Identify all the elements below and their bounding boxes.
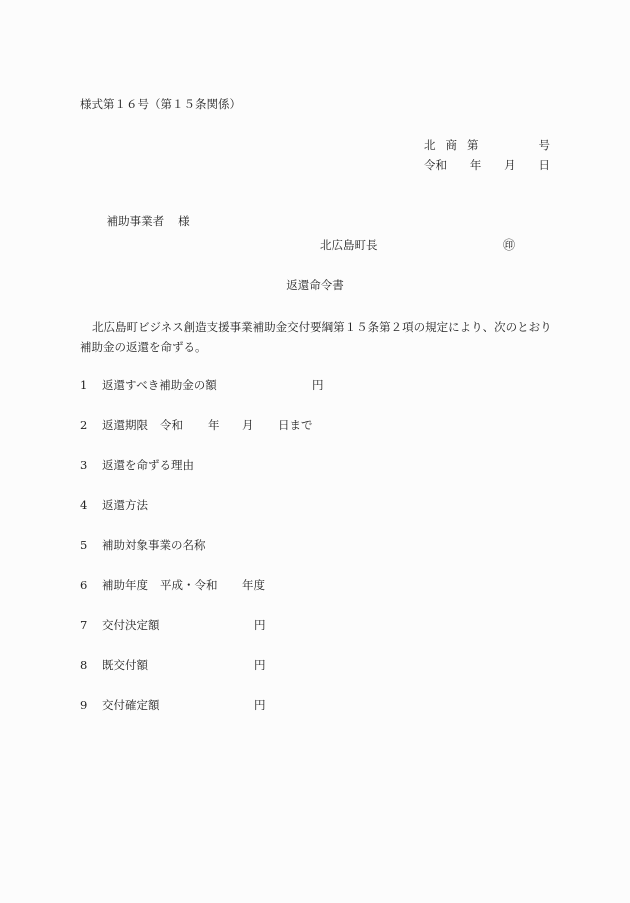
item-unit: 円 [254,697,266,713]
item-unit: 円 [254,617,266,633]
item-number: 3 [80,457,102,473]
deadline-era: 令和 [160,417,183,433]
issuer-title: 北広島町長 [320,237,378,253]
deadline-month: 月 [242,417,254,433]
list-item: 6 補助年度 [80,577,148,593]
item-number: 6 [80,577,102,593]
item-label: 返還を命ずる理由 [102,457,194,473]
item-label: 返還期限 [102,417,148,433]
list-item: 3 返還を命ずる理由 [80,457,194,473]
item-number: 8 [80,657,102,673]
item-number: 9 [80,697,102,713]
list-item: 4 返還方法 [80,497,148,513]
item-number: 5 [80,537,102,553]
list-item: 8 既交付額 [80,657,148,673]
item-number: 2 [80,417,102,433]
reference-suffix: 号 [539,137,551,153]
fiscal-year-era: 平成・令和 [160,577,218,593]
recipient-honorific: 様 [178,214,190,228]
date-month: 月 [504,157,516,173]
item-unit: 円 [312,377,324,393]
recipient: 補助事業者様 [92,197,190,245]
document-title: 返還命令書 [0,277,630,293]
body-paragraph: 北広島町ビジネス創造支援事業補助金交付要綱第１５条第２項の規定により、次のとおり… [80,317,552,357]
document-page: 様式第１６号（第１５条関係） 北 商 第 号 令和 年 月 日 補助事業者様 北… [0,0,630,903]
list-item: 7 交付決定額 [80,617,160,633]
list-item: 2 返還期限 [80,417,148,433]
item-label: 既交付額 [102,657,148,673]
item-label: 補助年度 [102,577,148,593]
date-year: 年 [470,157,482,173]
item-label: 交付決定額 [102,617,160,633]
deadline-day: 日まで [278,417,313,433]
item-label: 返還方法 [102,497,148,513]
form-number: 様式第１６号（第１５条関係） [80,96,241,112]
fiscal-year-unit: 年度 [242,577,265,593]
item-label: 返還すべき補助金の額 [102,377,217,393]
item-label: 補助対象事業の名称 [102,537,206,553]
deadline-year: 年 [208,417,220,433]
item-label: 交付確定額 [102,697,160,713]
reference-number-blank [489,137,529,153]
list-item: 9 交付確定額 [80,697,160,713]
reference-number-row: 北 商 第 号 [424,137,550,153]
item-number: 4 [80,497,102,513]
seal-stamp-icon: ㊞ [503,237,515,253]
item-number: 7 [80,617,102,633]
reference-prefix-3: 第 [467,137,479,153]
recipient-name: 補助事業者 [107,214,165,228]
date-row: 令和 年 月 日 [424,157,550,173]
list-item: 1 返還すべき補助金の額 [80,377,217,393]
list-item: 5 補助対象事業の名称 [80,537,206,553]
item-unit: 円 [254,657,266,673]
reference-prefix-1: 北 [424,137,436,153]
reference-prefix-2: 商 [446,137,458,153]
date-era: 令和 [424,157,447,173]
date-day: 日 [538,157,550,173]
item-number: 1 [80,377,102,393]
